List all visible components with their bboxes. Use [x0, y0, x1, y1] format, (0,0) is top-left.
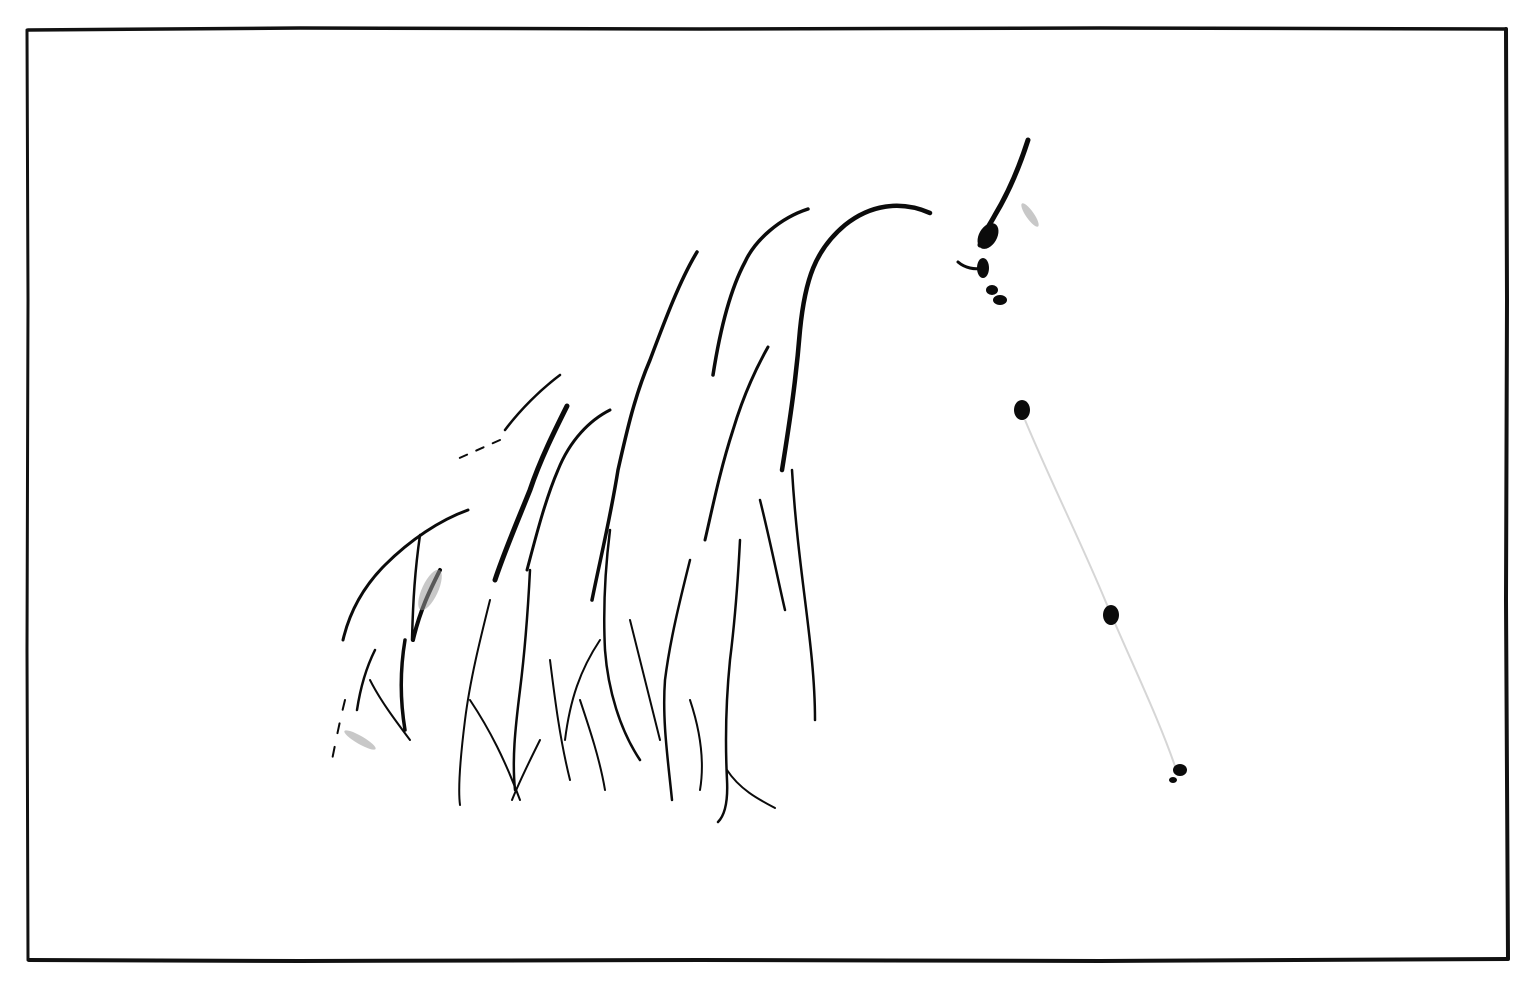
snow-branches-photograph: [0, 0, 1536, 988]
